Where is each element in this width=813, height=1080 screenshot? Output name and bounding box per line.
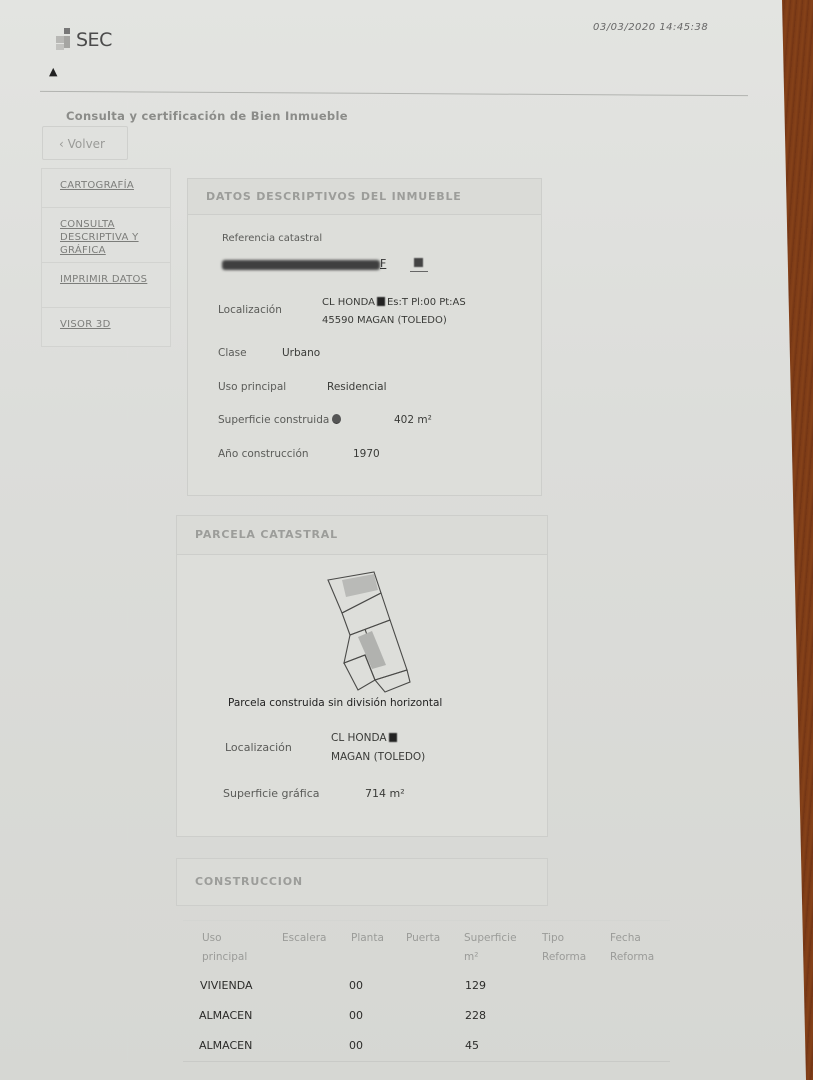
parcela-catastral-heading: PARCELA CATASTRAL bbox=[177, 516, 547, 555]
localizacion-line2: 45590 MAGAN (TOLEDO) bbox=[322, 315, 447, 326]
ref-catastral-label: Referencia catastral bbox=[222, 233, 322, 244]
home-icon[interactable]: ▲ bbox=[49, 65, 57, 78]
cell-planta: 00 bbox=[349, 1009, 363, 1022]
clase-label: Clase bbox=[218, 347, 247, 359]
cell-planta: 00 bbox=[349, 1039, 363, 1052]
col-planta: Planta bbox=[351, 929, 384, 948]
construccion-heading: CONSTRUCCION bbox=[177, 859, 547, 905]
map-icon-underline bbox=[410, 271, 428, 272]
table-row: ALMACEN 00 228 bbox=[183, 1001, 670, 1031]
cell-uso: ALMACEN bbox=[199, 1009, 252, 1022]
superficie-grafica-value: 714 m² bbox=[365, 787, 405, 800]
page-title: Consulta y certificación de Bien Inmuebl… bbox=[66, 109, 348, 123]
col-superficie: Superficie m² bbox=[464, 929, 534, 967]
table-row: VIVIENDA 00 129 bbox=[183, 971, 670, 1001]
cell-planta: 00 bbox=[349, 979, 363, 992]
col-escalera: Escalera bbox=[282, 929, 326, 948]
logo-mark-icon bbox=[52, 28, 74, 52]
parcela-localizacion-line2: MAGAN (TOLEDO) bbox=[331, 751, 425, 763]
datos-descriptivos-heading: DATOS DESCRIPTIVOS DEL INMUEBLE bbox=[188, 179, 541, 215]
parcela-localizacion-street: CL HONDA bbox=[331, 732, 387, 744]
print-timestamp: 03/03/2020 14:45:38 bbox=[593, 22, 708, 33]
col-puerta: Puerta bbox=[406, 929, 440, 948]
cell-uso: VIVIENDA bbox=[200, 979, 253, 992]
localizacion-line1: CL HONDAEs:T Pl:00 Pt:AS bbox=[322, 297, 466, 308]
logo-text: SEC bbox=[76, 29, 112, 51]
construccion-table: Uso principal Escalera Planta Puerta Sup… bbox=[183, 920, 670, 1062]
sidebar-item-consulta-descriptiva[interactable]: CONSULTA DESCRIPTIVA Y GRÁFICA bbox=[41, 207, 171, 262]
parcela-localizacion-line1: CL HONDA bbox=[331, 732, 399, 744]
anio-construccion-value: 1970 bbox=[353, 448, 380, 460]
header-divider bbox=[40, 91, 748, 96]
cell-superficie: 45 bbox=[465, 1039, 479, 1052]
ref-catastral-value-redacted bbox=[222, 260, 380, 270]
clase-value: Urbano bbox=[282, 347, 320, 359]
printed-page: SEC ▲ 03/03/2020 14:45:38 Consulta y cer… bbox=[0, 0, 813, 1080]
cell-superficie: 129 bbox=[465, 979, 486, 992]
localizacion-unit: Es:T Pl:00 Pt:AS bbox=[387, 297, 466, 308]
sidebar-nav: CARTOGRAFÍA CONSULTA DESCRIPTIVA Y GRÁFI… bbox=[41, 168, 171, 347]
sidebar-item-imprimir-datos[interactable]: IMPRIMIR DATOS bbox=[41, 262, 171, 307]
redacted-number bbox=[377, 297, 385, 306]
superficie-construida-label: Superficie construida bbox=[218, 414, 341, 426]
cell-superficie: 228 bbox=[465, 1009, 486, 1022]
table-bottom-border bbox=[183, 1061, 670, 1062]
ref-catastral-suffix[interactable]: F bbox=[380, 257, 386, 270]
localizacion-label: Localización bbox=[218, 304, 282, 316]
parcela-localizacion-label: Localización bbox=[225, 741, 292, 754]
table-row: ALMACEN 00 45 bbox=[183, 1031, 670, 1061]
superficie-construida-value: 402 m² bbox=[394, 414, 432, 426]
sec-logo[interactable]: SEC bbox=[52, 28, 112, 52]
parcel-map-thumbnail[interactable] bbox=[320, 565, 420, 695]
sidebar-item-visor-3d[interactable]: VISOR 3D bbox=[41, 307, 171, 347]
localizacion-street: CL HONDA bbox=[322, 297, 375, 308]
uso-principal-label: Uso principal bbox=[218, 381, 286, 393]
sidebar-item-cartografia[interactable]: CARTOGRAFÍA bbox=[41, 168, 171, 207]
parcela-caption: Parcela construida sin división horizont… bbox=[228, 697, 442, 709]
map-icon[interactable] bbox=[414, 258, 423, 267]
info-icon[interactable] bbox=[332, 414, 341, 424]
cell-uso: ALMACEN bbox=[199, 1039, 252, 1052]
superficie-construida-text: Superficie construida bbox=[218, 414, 329, 426]
back-button[interactable]: ‹ Volver bbox=[42, 126, 128, 160]
redacted-number bbox=[389, 733, 397, 742]
construccion-panel: CONSTRUCCION bbox=[176, 858, 548, 906]
col-tipo-reforma: Tipo Reforma bbox=[542, 929, 597, 967]
anio-construccion-label: Año construcción bbox=[218, 448, 309, 460]
col-uso-principal: Uso principal bbox=[202, 929, 262, 967]
uso-principal-value: Residencial bbox=[327, 381, 387, 393]
superficie-grafica-label: Superficie gráfica bbox=[223, 787, 320, 800]
col-fecha-reforma: Fecha Reforma bbox=[610, 929, 670, 967]
table-header: Uso principal Escalera Planta Puerta Sup… bbox=[183, 920, 670, 971]
